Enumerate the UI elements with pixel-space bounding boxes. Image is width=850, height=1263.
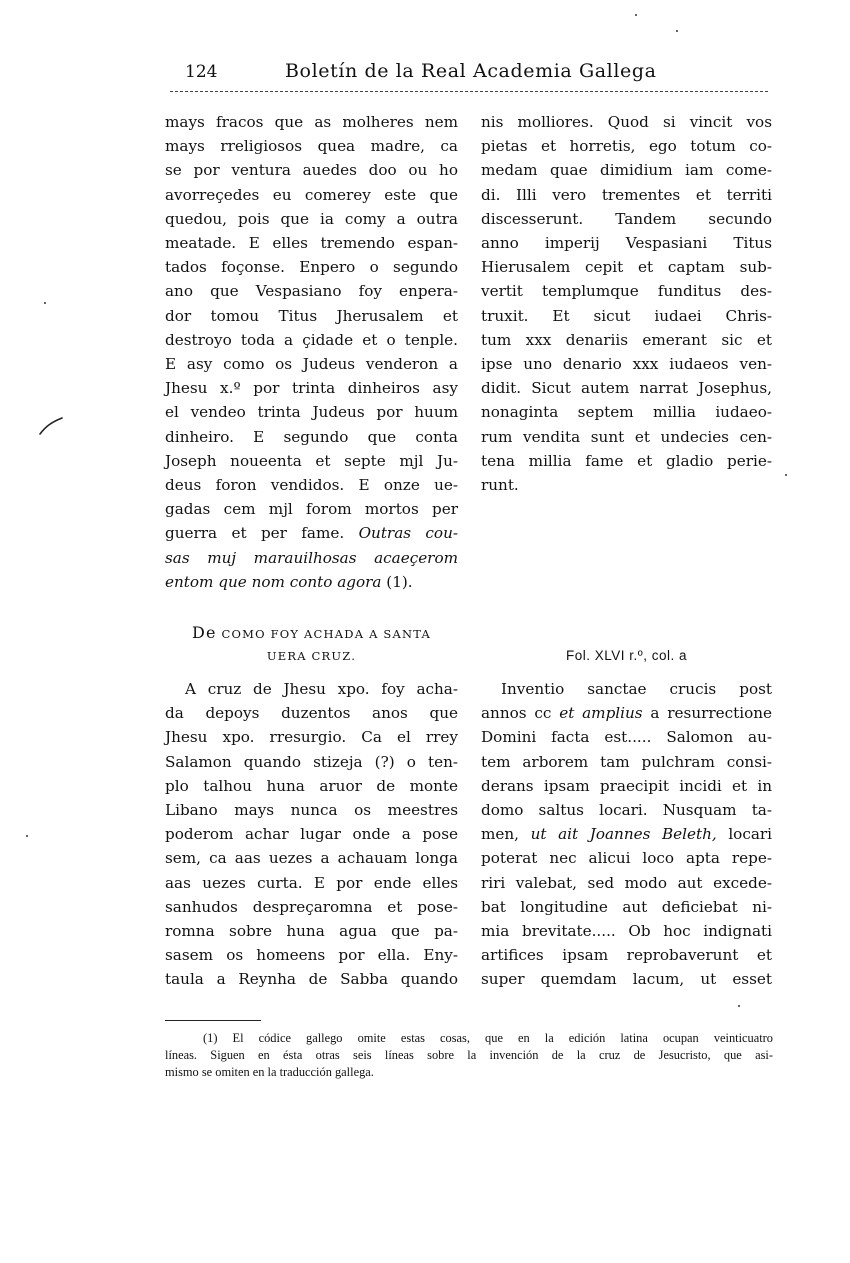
text-line: gadas cem mjl forom mortos per [165,497,458,521]
text-fragment: locari [717,825,772,843]
text-line: dor tomou Titus Jherusalem et [165,304,458,328]
text-line: medam quae dimidium iam come- [481,158,772,182]
text-line: Salamon quando stizeja (?) o ten- [165,750,458,774]
footnote-rule [165,1020,261,1021]
running-title: Boletín de la Real Academia Gallega [285,60,657,82]
text-line: A cruz de Jhesu xpo. foy acha- [165,677,458,701]
folio-reference: Fol. XLVI r.º, col. a [481,648,772,663]
text-line: ano que Vespasiano foy enpera- [165,279,458,303]
footnote-line: líneas. Siguen en ésta otras seis líneas… [165,1047,773,1064]
heading-text: como foy achada a santa [222,627,432,641]
text-line: vertit templumque funditus des- [481,279,772,303]
text-line: ipse uno denario xxx iudaeos ven- [481,352,772,376]
section-heading: De como foy achada a santa uera cruz. [165,622,458,667]
text-line: tados foçonse. Enpero o segundo [165,255,458,279]
text-line: Libano mays nunca os meestres [165,798,458,822]
text-line: di. Illi vero trementes et territi [481,183,772,207]
text-line: super quemdam lacum, ut esset [481,967,772,991]
scan-speck [635,14,637,16]
italic-fragment: sas muj marauilhosas acaeçerom [165,549,458,567]
scan-speck [676,30,678,32]
text-line: avorreçedes eu comerey este que [165,183,458,207]
text-line: sem, ca aas uezes a achauam longa [165,846,458,870]
text-line: Joseph noueenta et septe mjl Ju- [165,449,458,473]
text-line: didit. Sicut autem narrat Josephus, [481,376,772,400]
page-number: 124 [185,62,217,82]
text-line: entom que nom conto agora (1). [165,570,458,594]
text-line: E asy como os Judeus venderon a [165,352,458,376]
italic-fragment: Outras cou- [359,524,458,542]
italic-fragment: entom que nom conto agora [165,573,381,591]
text-line: rum vendita sunt et undecies cen- [481,425,772,449]
text-line: mia brevitate..... Ob hoc indignati [481,919,772,943]
text-line: Hierusalem cepit et captam sub- [481,255,772,279]
text-line: runt. [481,473,772,497]
text-line: aas uezes curta. E por ende elles [165,871,458,895]
text-line: da depoys duzentos anos que [165,701,458,725]
text-line: Jhesu xpo. rresurgio. Ca el rrey [165,725,458,749]
text-line: sanhudos despreçaromna et pose- [165,895,458,919]
footnote: (1) El códice gallego omite estas cosas,… [165,1030,773,1081]
text-line: artifices ipsam reprobaverunt et [481,943,772,967]
text-line: tem arborem tam pulchram consi- [481,750,772,774]
text-fragment: annos cc [481,704,559,722]
scan-speck [44,302,46,304]
italic-fragment: ut ait Joannes Beleth, [531,825,717,843]
scanned-page: 124 Boletín de la Real Academia Gallega … [0,0,850,1263]
text-line: se por ventura auedes doo ou ho [165,158,458,182]
text-line: dinheiro. E segundo que conta [165,425,458,449]
section-heading-line-1: De como foy achada a santa [165,622,458,645]
text-line: plo talhou huna aruor de monte [165,774,458,798]
left-column-top: mays fracos que as molheres nem mays rre… [165,110,458,594]
text-line: Inventio sanctae crucis post [481,677,772,701]
section-heading-line-2: uera cruz. [165,645,458,667]
text-line: Jhesu x.º por trinta dinheiros asy [165,376,458,400]
text-line: riri valebat, sed modo aut excede- [481,871,772,895]
text-line: domo saltus locari. Nusquam ta- [481,798,772,822]
right-column-bottom: Inventio sanctae crucis post annos cc et… [481,677,772,992]
text-line: men, ut ait Joannes Beleth, locari [481,822,772,846]
margin-pen-stroke-icon [38,408,68,438]
text-fragment: men, [481,825,531,843]
text-line: deus foron vendidos. E onze ue- [165,473,458,497]
scan-speck [738,1005,740,1007]
text-line: el vendeo trinta Judeus por huum [165,400,458,424]
text-line: quedou, pois que ia comy a outra [165,207,458,231]
text-line: pietas et horretis, ego totum co- [481,134,772,158]
text-line: nonaginta septem millia iudaeo- [481,400,772,424]
footnote-line: (1) El códice gallego omite estas cosas,… [165,1030,773,1047]
text-line: nis molliores. Quod si vincit vos [481,110,772,134]
text-line: tena millia fame et gladio perie- [481,449,772,473]
text-line: tum xxx denariis emerant sic et [481,328,772,352]
header-rule [170,91,768,92]
text-line: sas muj marauilhosas acaeçerom [165,546,458,570]
text-line: annos cc et amplius a resurrectione [481,701,772,725]
text-line: Domini facta est..... Salomon au- [481,725,772,749]
text-line: meatade. E elles tremendo espan- [165,231,458,255]
text-line: discesserunt. Tandem secundo [481,207,772,231]
text-fragment: a resurrectione [643,704,772,722]
running-header: 124 Boletín de la Real Academia Gallega [165,60,765,90]
text-fragment: guerra et per fame. [165,524,344,542]
text-line: anno imperij Vespasiani Titus [481,231,772,255]
text-line: bat longitudine aut deficiebat ni- [481,895,772,919]
italic-fragment: et amplius [559,704,642,722]
footnote-line: mismo se omiten en la traducción gallega… [165,1064,773,1081]
text-line: mays rreligiosos quea madre, ca [165,134,458,158]
text-line: derans ipsam praecipit incidi et in [481,774,772,798]
text-line: poderom achar lugar onde a pose [165,822,458,846]
text-line: guerra et per fame. Outras cou- [165,521,458,545]
footnote-reference: (1). [386,573,412,591]
heading-initial: De [192,623,217,642]
right-column-top: nis molliores. Quod si vincit vos pietas… [481,110,772,497]
text-line: romna sobre huna agua que pa- [165,919,458,943]
scan-speck [785,474,787,476]
text-line: destroyo toda a çidade et o tenple. [165,328,458,352]
left-column-bottom: A cruz de Jhesu xpo. foy acha- da depoys… [165,677,458,992]
scan-speck [26,835,28,837]
text-line: poterat nec alicui loco apta repe- [481,846,772,870]
text-line: mays fracos que as molheres nem [165,110,458,134]
text-line: truxit. Et sicut iudaei Chris- [481,304,772,328]
text-line: taula a Reynha de Sabba quando [165,967,458,991]
text-line: sasem os homeens por ella. Eny- [165,943,458,967]
